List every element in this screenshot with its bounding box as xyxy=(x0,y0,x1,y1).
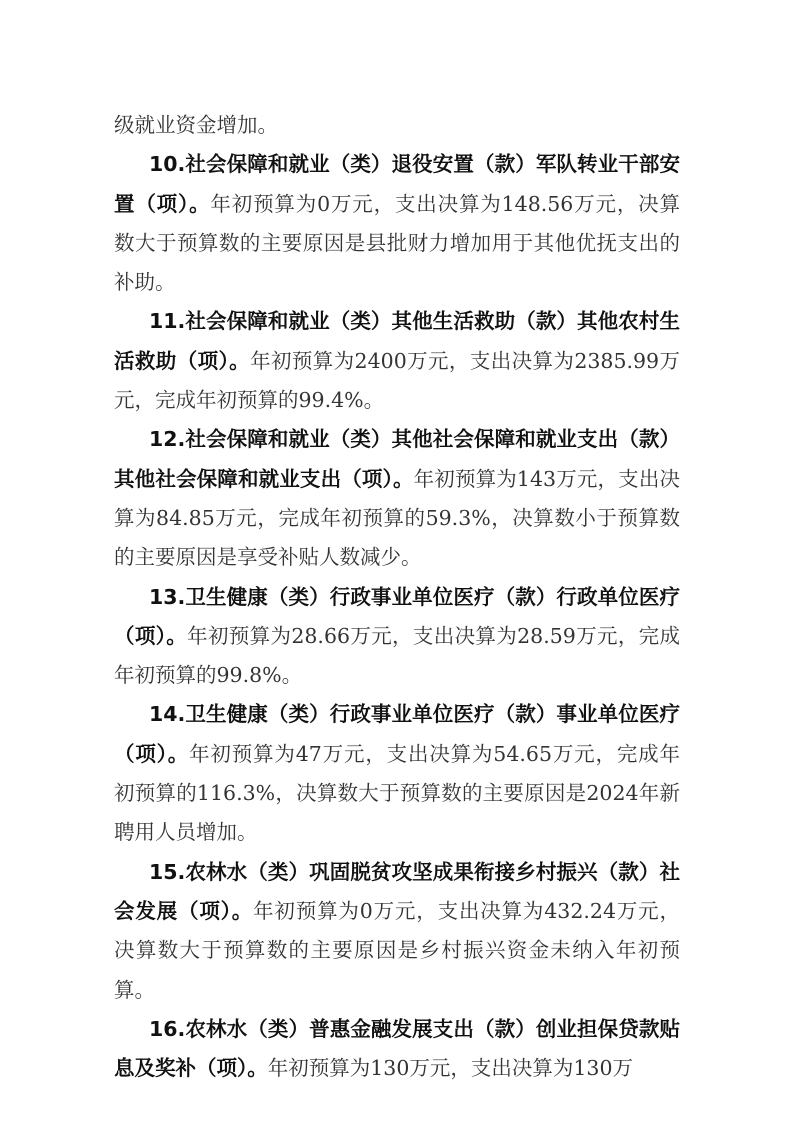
paragraph-item-15: 15.农林水（类）巩固脱贫攻坚成果衔接乡村振兴（款）社会发展（项）。年初预算为0… xyxy=(114,853,680,1010)
paragraph-text: 年初预算为28.66万元，支出决算为28.59万元，完成年初预算的99.8%。 xyxy=(114,624,680,687)
paragraph-text: 年初预算为47万元，支出决算为54.65万元，完成年初预算的116.3%，决算数… xyxy=(114,742,680,845)
paragraph-item-16: 16.农林水（类）普惠金融发展支出（款）创业担保贷款贴息及奖补（项）。年初预算为… xyxy=(114,1010,680,1089)
paragraph-item-12: 12.社会保障和就业（类）其他社会保障和就业支出（款）其他社会保障和就业支出（项… xyxy=(114,420,680,577)
paragraph-item-14: 14.卫生健康（类）行政事业单位医疗（款）事业单位医疗（项）。年初预算为47万元… xyxy=(114,695,680,852)
document-page: 级就业资金增加。 10.社会保障和就业（类）退役安置（款）军队转业干部安置（项）… xyxy=(114,106,680,1088)
paragraph-item-11: 11.社会保障和就业（类）其他生活救助（款）其他农村生活救助（项）。年初预算为2… xyxy=(114,302,680,420)
paragraph-text: 级就业资金增加。 xyxy=(114,113,278,137)
paragraph-item-10: 10.社会保障和就业（类）退役安置（款）军队转业干部安置（项）。年初预算为0万元… xyxy=(114,145,680,302)
paragraph-continuation: 级就业资金增加。 xyxy=(114,106,680,145)
paragraph-text: 年初预算为130万元，支出决算为130万 xyxy=(268,1056,633,1080)
paragraph-item-13: 13.卫生健康（类）行政事业单位医疗（款）行政单位医疗（项）。年初预算为28.6… xyxy=(114,578,680,696)
